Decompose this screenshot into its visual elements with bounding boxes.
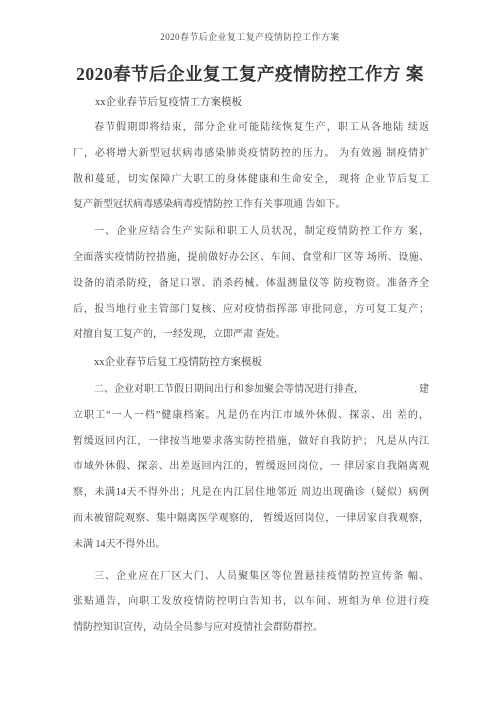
document-subtitle: xx企业春节后复疫情工方案模板 bbox=[95, 95, 500, 110]
text-line: 二、企业对职工节假日期间出行和参加聚会等情况进行排查， 建 bbox=[73, 377, 429, 403]
text-line: 立职工“一人一档”健康档案。凡是仍在内江市域外休假、探亲、出 差的， bbox=[73, 403, 429, 429]
text-line-right: 建 bbox=[419, 377, 429, 403]
text-line: 对擅自复工复产的，一经发现，立即严肃 查处。 bbox=[73, 322, 429, 348]
text-line: 春节假期即将结束，部分企业可能陆续恢复生产，职工从各地陆 续返 bbox=[73, 115, 429, 141]
text-line: 未满 14天不得外出。 bbox=[73, 532, 429, 558]
document-title: 2020春节后企业复工复产疫情防控工作方 案 bbox=[0, 60, 500, 88]
document-body: 春节假期即将结束，部分企业可能陆续恢复生产，职工从各地陆 续返 厂，必将增大新型… bbox=[73, 115, 429, 641]
text-line: 后，报当地行业主管部门复核、应对疫情指挥部 审批同意，方可复工复产； bbox=[73, 297, 429, 323]
text-line: 一、企业应结合生产实际和职工人员状况，制定疫情防控工作方 案， bbox=[73, 219, 429, 245]
text-line: 三、企业应在厂区大门、人员聚集区等位置悬挂疫情防控宣传条 幅、 bbox=[73, 564, 429, 590]
paragraph-intro: 春节假期即将结束，部分企业可能陆续恢复生产，职工从各地陆 续返 厂，必将增大新型… bbox=[73, 115, 429, 218]
running-header: 2020春节后企业复工复产疫情防控工作方案 bbox=[0, 32, 500, 43]
text-line: 暂缓返回内江，一律按当地要求落实防控措施，做好自我防护； 凡是从内江 bbox=[73, 429, 429, 455]
document-page: 2020春节后企业复工复产疫情防控工作方案 2020春节后企业复工复产疫情防控工… bbox=[0, 0, 500, 708]
text-line: 设备的消杀防疫，备足口罩、消杀药械、体温测量仪等 防疫物资。准备齐全 bbox=[73, 271, 429, 297]
text-line: 全面落实疫情防控措施，提前做好办公区、车间、食堂和厂区等 场所、设施、 bbox=[73, 245, 429, 271]
text-line: 散和蔓延，切实保障广大职工的身体健康和生命安全， 现将 企业节后复工 bbox=[73, 167, 429, 193]
text-line: 厂，必将增大新型冠状病毒感染肺炎疫情防控的压力。 为有效遏 制疫情扩 bbox=[73, 141, 429, 167]
text-line: 市域外休假、探亲、出差返回内江的，暂缓返回岗位，一 律居家自我隔离观 bbox=[73, 454, 429, 480]
text-line-left: 二、企业对职工节假日期间出行和参加聚会等情况进行排查， bbox=[73, 377, 364, 403]
text-line: 而未被留院观察、集中隔离医学观察的， 暂缓返回岗位，一律居家自我观察， bbox=[73, 506, 429, 532]
text-line: 情防控知识宣传，动员全员参与应对疫情社会群防群控。 bbox=[73, 615, 429, 641]
paragraph-item-1: 一、企业应结合生产实际和职工人员状况，制定疫情防控工作方 案， 全面落实疫情防控… bbox=[73, 219, 429, 348]
paragraph-item-3: 三、企业应在厂区大门、人员聚集区等位置悬挂疫情防控宣传条 幅、 张贴通告，向职工… bbox=[73, 564, 429, 641]
text-line: 张贴通告，向职工发放疫情防控明白告知书，以车间、班组为单 位进行疫 bbox=[73, 589, 429, 615]
text-line: 复产新型冠状病毒感染病毒疫情防控工作有关事项通 告如下。 bbox=[73, 192, 429, 218]
text-line: 察，未满14天不得外出；凡是在内江居住地邻近 周边出现确诊（疑似）病例 bbox=[73, 480, 429, 506]
paragraph-item-2: 二、企业对职工节假日期间出行和参加聚会等情况进行排查， 建 立职工“一人一档”健… bbox=[73, 377, 429, 558]
template-label: xx企业春节后复工疫情防控方案模板 bbox=[73, 350, 429, 376]
